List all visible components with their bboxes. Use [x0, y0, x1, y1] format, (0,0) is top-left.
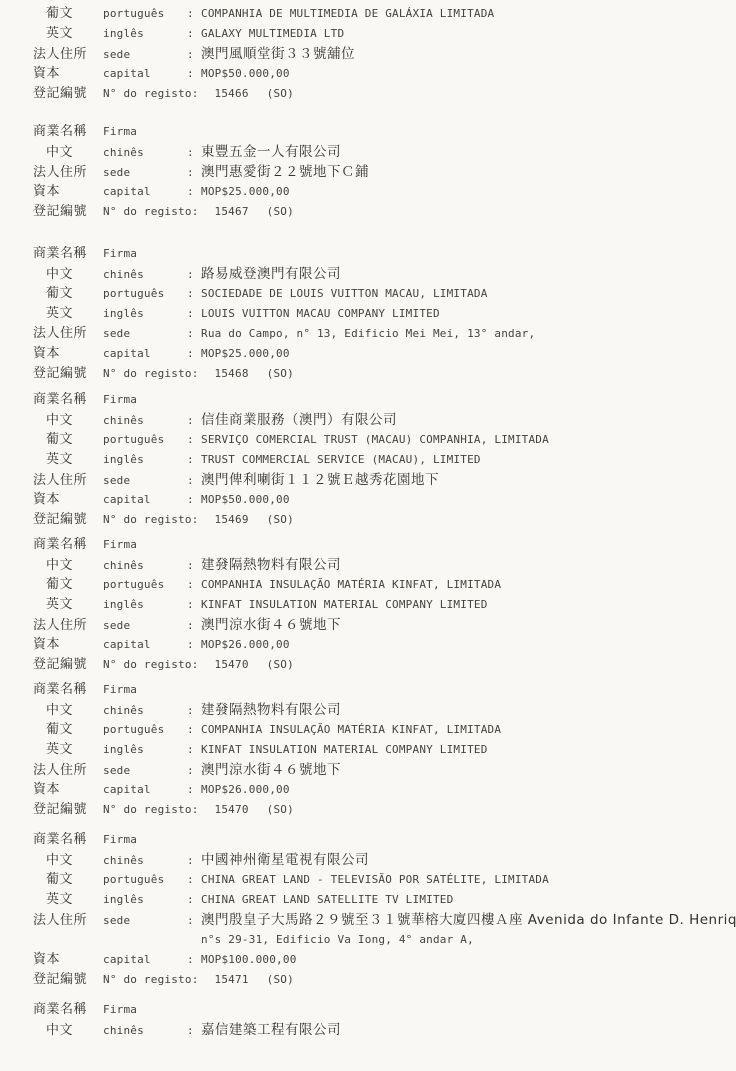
- field-row: 資本capital:MOP$50.000,00: [33, 64, 726, 84]
- registry-suffix: (SO): [267, 800, 294, 820]
- registry-number: 15470: [215, 800, 249, 820]
- field-label-zh: 商業名稱: [33, 244, 103, 264]
- field-row: 法人住所sede:澳門殷皇子大馬路２９號至３１號華榕大廈四樓Ａ座 Avenida…: [33, 910, 726, 930]
- field-label-pt: capital: [103, 635, 187, 655]
- document-page: 葡文português:COMPANHIA DE MULTIMEDIA DE G…: [0, 4, 736, 1071]
- field-label-zh: 英文: [33, 304, 103, 324]
- field-value: MOP$50.000,00: [201, 64, 290, 84]
- colon-separator: :: [187, 4, 201, 24]
- field-row: 法人住所sede:澳門風順堂街３３號舖位: [33, 44, 726, 64]
- colon-separator: :: [187, 471, 201, 491]
- field-row: 資本capital:MOP$26.000,00: [33, 635, 726, 655]
- field-value: MOP$25.000,00: [201, 182, 290, 202]
- field-value: COMPANHIA INSULAÇÃO MATÉRIA KINFAT, LIMI…: [201, 720, 501, 740]
- colon-separator: :: [187, 595, 201, 615]
- field-label-pt: inglês: [103, 304, 187, 324]
- field-value: LOUIS VUITTON MACAU COMPANY LIMITED: [201, 304, 440, 324]
- field-value: 建發隔熱物料有限公司: [201, 700, 341, 720]
- field-label-pt: português: [103, 4, 187, 24]
- field-label-zh: 中文: [33, 1021, 103, 1041]
- field-row: 英文inglês:CHINA GREAT LAND SATELLITE TV L…: [33, 890, 726, 910]
- field-label-zh: 中文: [33, 701, 103, 721]
- registry-entry: 商業名稱Firma中文chinês:建發隔熱物料有限公司葡文português:…: [33, 535, 726, 675]
- registry-suffix: (SO): [267, 364, 294, 384]
- colon-separator: :: [187, 163, 201, 183]
- field-label-zh: 法人住所: [33, 45, 103, 65]
- registry-label-pt: N° do registo:: [103, 364, 199, 384]
- colon-separator: :: [187, 950, 201, 970]
- registry-number-row: 登記編號N° do registo:15470(SO): [33, 655, 726, 675]
- field-label-pt: português: [103, 575, 187, 595]
- registry-number: 15468: [215, 364, 249, 384]
- colon-separator: :: [187, 740, 201, 760]
- registry-label-pt: N° do registo:: [103, 202, 199, 222]
- field-label-zh: 英文: [33, 890, 103, 910]
- field-row: 葡文português:SOCIEDADE DE LOUIS VUITTON M…: [33, 284, 726, 304]
- field-label-zh: 英文: [33, 24, 103, 44]
- field-row: 葡文português:COMPANHIA DE MULTIMEDIA DE G…: [33, 4, 726, 24]
- field-value: MOP$100.000,00: [201, 950, 297, 970]
- field-value: 東豐五金一人有限公司: [201, 142, 341, 162]
- field-label-pt: português: [103, 430, 187, 450]
- field-label-pt: sede: [103, 471, 187, 491]
- field-label-zh: 資本: [33, 182, 103, 202]
- field-label-zh: 英文: [33, 595, 103, 615]
- registry-entry: 商業名稱Firma中文chinês:建發隔熱物料有限公司葡文português:…: [33, 680, 726, 820]
- field-label-zh: 葡文: [33, 870, 103, 890]
- colon-separator: :: [187, 64, 201, 84]
- field-label-zh: 英文: [33, 740, 103, 760]
- field-label-pt: capital: [103, 950, 187, 970]
- field-label-pt: Firma: [103, 1000, 187, 1020]
- field-row: 法人住所sede:Rua do Campo, n° 13, Edificio M…: [33, 324, 726, 344]
- field-value: SOCIEDADE DE LOUIS VUITTON MACAU, LIMITA…: [201, 284, 488, 304]
- field-label-pt: chinês: [103, 265, 187, 285]
- field-label-pt: inglês: [103, 890, 187, 910]
- field-value: 路易威登澳門有限公司: [201, 264, 341, 284]
- colon-separator: :: [187, 344, 201, 364]
- field-label-pt: inglês: [103, 450, 187, 470]
- colon-separator: :: [187, 45, 201, 65]
- colon-separator: :: [187, 616, 201, 636]
- field-label-zh: 登記編號: [33, 800, 103, 820]
- colon-separator: :: [187, 635, 201, 655]
- field-value: SERVIÇO COMERCIAL TRUST (MACAU) COMPANHI…: [201, 430, 549, 450]
- field-label-zh: 登記編號: [33, 970, 103, 990]
- field-value: Rua do Campo, n° 13, Edificio Mei Mei, 1…: [201, 324, 535, 344]
- field-row: 資本capital:MOP$25.000,00: [33, 182, 726, 202]
- field-label-zh: 中文: [33, 556, 103, 576]
- field-label-pt: português: [103, 720, 187, 740]
- field-row: 葡文português:CHINA GREAT LAND - TELEVISÃO…: [33, 870, 726, 890]
- field-label-pt: chinês: [103, 411, 187, 431]
- field-row: 商業名稱Firma: [33, 122, 726, 142]
- field-value: 中國神州衛星電視有限公司: [201, 850, 369, 870]
- field-label-pt: chinês: [103, 556, 187, 576]
- colon-separator: :: [187, 911, 201, 931]
- colon-separator: :: [187, 890, 201, 910]
- registry-number: 15467: [215, 202, 249, 222]
- field-row: 資本capital:MOP$50.000,00: [33, 490, 726, 510]
- field-label-zh: 法人住所: [33, 471, 103, 491]
- registry-number: 15471: [215, 970, 249, 990]
- field-row-continuation: n°s 29-31, Edificio Va Iong, 4° andar A,: [33, 930, 726, 950]
- field-label-zh: 商業名稱: [33, 535, 103, 555]
- colon-separator: :: [187, 780, 201, 800]
- registry-number-row: 登記編號N° do registo:15468(SO): [33, 364, 726, 384]
- field-label-pt: Firma: [103, 244, 187, 264]
- field-row: 中文chinês:嘉信建築工程有限公司: [33, 1020, 726, 1040]
- colon-separator: :: [187, 1021, 201, 1041]
- field-label-pt: português: [103, 870, 187, 890]
- field-value: MOP$26.000,00: [201, 635, 290, 655]
- field-label-pt: capital: [103, 490, 187, 510]
- field-value: 澳門涼水街４６號地下: [201, 760, 341, 780]
- field-label-pt: português: [103, 284, 187, 304]
- field-row: 商業名稱Firma: [33, 830, 726, 850]
- registry-entry: 商業名稱Firma中文chinês:信佳商業服務（澳門）有限公司葡文portug…: [33, 390, 726, 530]
- field-label-zh: 資本: [33, 64, 103, 84]
- colon-separator: :: [187, 411, 201, 431]
- colon-separator: :: [187, 701, 201, 721]
- field-label-zh: 葡文: [33, 720, 103, 740]
- field-value: MOP$50.000,00: [201, 490, 290, 510]
- field-label-zh: 資本: [33, 950, 103, 970]
- field-value: TRUST COMMERCIAL SERVICE (MACAU), LIMITE…: [201, 450, 481, 470]
- field-row: 法人住所sede:澳門惠愛街２２號地下Ｃ鋪: [33, 162, 726, 182]
- field-row: 中文chinês:中國神州衛星電視有限公司: [33, 850, 726, 870]
- field-label-pt: sede: [103, 911, 187, 931]
- field-row: 資本capital:MOP$25.000,00: [33, 344, 726, 364]
- field-value: 澳門俾利喇街１１２號Ｅ越秀花園地下: [201, 470, 439, 490]
- field-label-pt: capital: [103, 64, 187, 84]
- field-label-zh: 中文: [33, 265, 103, 285]
- colon-separator: :: [187, 430, 201, 450]
- field-value: MOP$26.000,00: [201, 780, 290, 800]
- field-row: 葡文português:COMPANHIA INSULAÇÃO MATÉRIA …: [33, 575, 726, 595]
- field-value: 建發隔熱物料有限公司: [201, 555, 341, 575]
- field-row: 中文chinês:東豐五金一人有限公司: [33, 142, 726, 162]
- field-label-zh: 資本: [33, 490, 103, 510]
- field-label-zh: 登記編號: [33, 84, 103, 104]
- field-label-zh: 登記編號: [33, 202, 103, 222]
- registry-suffix: (SO): [267, 510, 294, 530]
- field-label-pt: chinês: [103, 851, 187, 871]
- field-value: 澳門殷皇子大馬路２９號至３１號華榕大廈四樓Ａ座 Avenida do Infan…: [201, 910, 736, 930]
- field-label-pt: sede: [103, 163, 187, 183]
- field-label-pt: Firma: [103, 122, 187, 142]
- field-label-pt: Firma: [103, 535, 187, 555]
- registry-suffix: (SO): [267, 84, 294, 104]
- field-label-zh: 法人住所: [33, 911, 103, 931]
- field-label-pt: capital: [103, 344, 187, 364]
- field-row: 商業名稱Firma: [33, 535, 726, 555]
- colon-separator: :: [187, 143, 201, 163]
- field-label-pt: sede: [103, 761, 187, 781]
- field-row: 法人住所sede:澳門涼水街４６號地下: [33, 760, 726, 780]
- field-label-pt: capital: [103, 780, 187, 800]
- registry-suffix: (SO): [267, 970, 294, 990]
- registry-number: 15466: [215, 84, 249, 104]
- field-label-zh: 中文: [33, 411, 103, 431]
- field-label-zh: 葡文: [33, 4, 103, 24]
- field-label-pt: Firma: [103, 680, 187, 700]
- field-label-zh: 葡文: [33, 430, 103, 450]
- registry-entry: 商業名稱Firma中文chinês:東豐五金一人有限公司法人住所sede:澳門惠…: [33, 122, 726, 222]
- registry-entry: 商業名稱Firma中文chinês:嘉信建築工程有限公司: [33, 1000, 726, 1040]
- registry-entry: 商業名稱Firma中文chinês:路易威登澳門有限公司葡文português:…: [33, 244, 726, 384]
- field-value: KINFAT INSULATION MATERIAL COMPANY LIMIT…: [201, 740, 488, 760]
- field-row: 英文inglês:GALAXY MULTIMEDIA LTD: [33, 24, 726, 44]
- field-label-pt: capital: [103, 182, 187, 202]
- field-label-zh: 葡文: [33, 575, 103, 595]
- field-row: 葡文português:COMPANHIA INSULAÇÃO MATÉRIA …: [33, 720, 726, 740]
- field-row: 法人住所sede:澳門涼水街４６號地下: [33, 615, 726, 635]
- field-label-pt: Firma: [103, 830, 187, 850]
- field-label-zh: 法人住所: [33, 163, 103, 183]
- registry-label-pt: N° do registo:: [103, 84, 199, 104]
- field-label-zh: 資本: [33, 344, 103, 364]
- field-row: 英文inglês:KINFAT INSULATION MATERIAL COMP…: [33, 595, 726, 615]
- field-label-zh: 商業名稱: [33, 680, 103, 700]
- field-label-zh: 法人住所: [33, 761, 103, 781]
- colon-separator: :: [187, 182, 201, 202]
- colon-separator: :: [187, 24, 201, 44]
- field-label-zh: 葡文: [33, 284, 103, 304]
- field-row: 商業名稱Firma: [33, 1000, 726, 1020]
- field-label-pt: sede: [103, 45, 187, 65]
- registry-label-pt: N° do registo:: [103, 655, 199, 675]
- field-label-zh: 英文: [33, 450, 103, 470]
- field-label-pt: chinês: [103, 701, 187, 721]
- field-label-pt: chinês: [103, 1021, 187, 1041]
- field-value: KINFAT INSULATION MATERIAL COMPANY LIMIT…: [201, 595, 488, 615]
- field-value: CHINA GREAT LAND SATELLITE TV LIMITED: [201, 890, 453, 910]
- field-row: 商業名稱Firma: [33, 390, 726, 410]
- registry-entry: 商業名稱Firma中文chinês:中國神州衛星電視有限公司葡文portuguê…: [33, 830, 726, 990]
- field-label-pt: inglês: [103, 595, 187, 615]
- colon-separator: :: [187, 324, 201, 344]
- field-value: GALAXY MULTIMEDIA LTD: [201, 24, 344, 44]
- registry-number-row: 登記編號N° do registo:15467(SO): [33, 202, 726, 222]
- field-label-zh: 商業名稱: [33, 390, 103, 410]
- registry-label-pt: N° do registo:: [103, 510, 199, 530]
- colon-separator: :: [187, 284, 201, 304]
- field-label-zh: 中文: [33, 851, 103, 871]
- colon-separator: :: [187, 761, 201, 781]
- colon-separator: :: [187, 556, 201, 576]
- colon-separator: :: [187, 490, 201, 510]
- field-label-zh: 商業名稱: [33, 1000, 103, 1020]
- field-row: 葡文português:SERVIÇO COMERCIAL TRUST (MAC…: [33, 430, 726, 450]
- field-row: 英文inglês:KINFAT INSULATION MATERIAL COMP…: [33, 740, 726, 760]
- field-value: 澳門風順堂街３３號舖位: [201, 44, 355, 64]
- field-row: 中文chinês:信佳商業服務（澳門）有限公司: [33, 410, 726, 430]
- field-value: COMPANHIA DE MULTIMEDIA DE GALÁXIA LIMIT…: [201, 4, 494, 24]
- registry-label-pt: N° do registo:: [103, 800, 199, 820]
- field-label-zh: 登記編號: [33, 364, 103, 384]
- field-label-zh: 資本: [33, 780, 103, 800]
- field-value: 澳門惠愛街２２號地下Ｃ鋪: [201, 162, 369, 182]
- registry-number-row: 登記編號N° do registo:15466(SO): [33, 84, 726, 104]
- registry-number-row: 登記編號N° do registo:15471(SO): [33, 970, 726, 990]
- field-label-zh: 中文: [33, 143, 103, 163]
- field-row: 英文inglês:LOUIS VUITTON MACAU COMPANY LIM…: [33, 304, 726, 324]
- colon-separator: :: [187, 720, 201, 740]
- field-value: COMPANHIA INSULAÇÃO MATÉRIA KINFAT, LIMI…: [201, 575, 501, 595]
- colon-separator: :: [187, 304, 201, 324]
- field-value: 澳門涼水街４６號地下: [201, 615, 341, 635]
- field-row: 中文chinês:路易威登澳門有限公司: [33, 264, 726, 284]
- colon-separator: :: [187, 870, 201, 890]
- registry-number: 15470: [215, 655, 249, 675]
- registry-number-row: 登記編號N° do registo:15469(SO): [33, 510, 726, 530]
- field-row: 商業名稱Firma: [33, 244, 726, 264]
- field-row: 中文chinês:建發隔熱物料有限公司: [33, 555, 726, 575]
- registry-suffix: (SO): [267, 202, 294, 222]
- field-label-pt: sede: [103, 616, 187, 636]
- field-label-zh: 商業名稱: [33, 122, 103, 142]
- field-label-zh: 商業名稱: [33, 830, 103, 850]
- field-label-pt: inglês: [103, 740, 187, 760]
- colon-separator: :: [187, 851, 201, 871]
- field-row: 商業名稱Firma: [33, 680, 726, 700]
- field-label-pt: Firma: [103, 390, 187, 410]
- field-label-pt: sede: [103, 324, 187, 344]
- field-label-zh: 登記編號: [33, 655, 103, 675]
- field-label-pt: chinês: [103, 143, 187, 163]
- field-label-zh: 法人住所: [33, 616, 103, 636]
- registry-number-row: 登記編號N° do registo:15470(SO): [33, 800, 726, 820]
- field-label-zh: 登記編號: [33, 510, 103, 530]
- colon-separator: :: [187, 265, 201, 285]
- registry-suffix: (SO): [267, 655, 294, 675]
- field-row: 中文chinês:建發隔熱物料有限公司: [33, 700, 726, 720]
- field-label-zh: 法人住所: [33, 324, 103, 344]
- field-value: CHINA GREAT LAND - TELEVISÃO POR SATÉLIT…: [201, 870, 549, 890]
- field-row: 英文inglês:TRUST COMMERCIAL SERVICE (MACAU…: [33, 450, 726, 470]
- registry-entry: 葡文português:COMPANHIA DE MULTIMEDIA DE G…: [33, 4, 726, 104]
- field-row: 法人住所sede:澳門俾利喇街１１２號Ｅ越秀花園地下: [33, 470, 726, 490]
- field-row: 資本capital:MOP$26.000,00: [33, 780, 726, 800]
- colon-separator: :: [187, 450, 201, 470]
- registry-number: 15469: [215, 510, 249, 530]
- field-value-continuation: n°s 29-31, Edificio Va Iong, 4° andar A,: [201, 930, 474, 950]
- colon-separator: :: [187, 575, 201, 595]
- registry-label-pt: N° do registo:: [103, 970, 199, 990]
- field-row: 資本capital:MOP$100.000,00: [33, 950, 726, 970]
- field-label-pt: inglês: [103, 24, 187, 44]
- field-label-zh: 資本: [33, 635, 103, 655]
- field-value: 嘉信建築工程有限公司: [201, 1020, 341, 1040]
- field-value: 信佳商業服務（澳門）有限公司: [201, 410, 397, 430]
- field-value: MOP$25.000,00: [201, 344, 290, 364]
